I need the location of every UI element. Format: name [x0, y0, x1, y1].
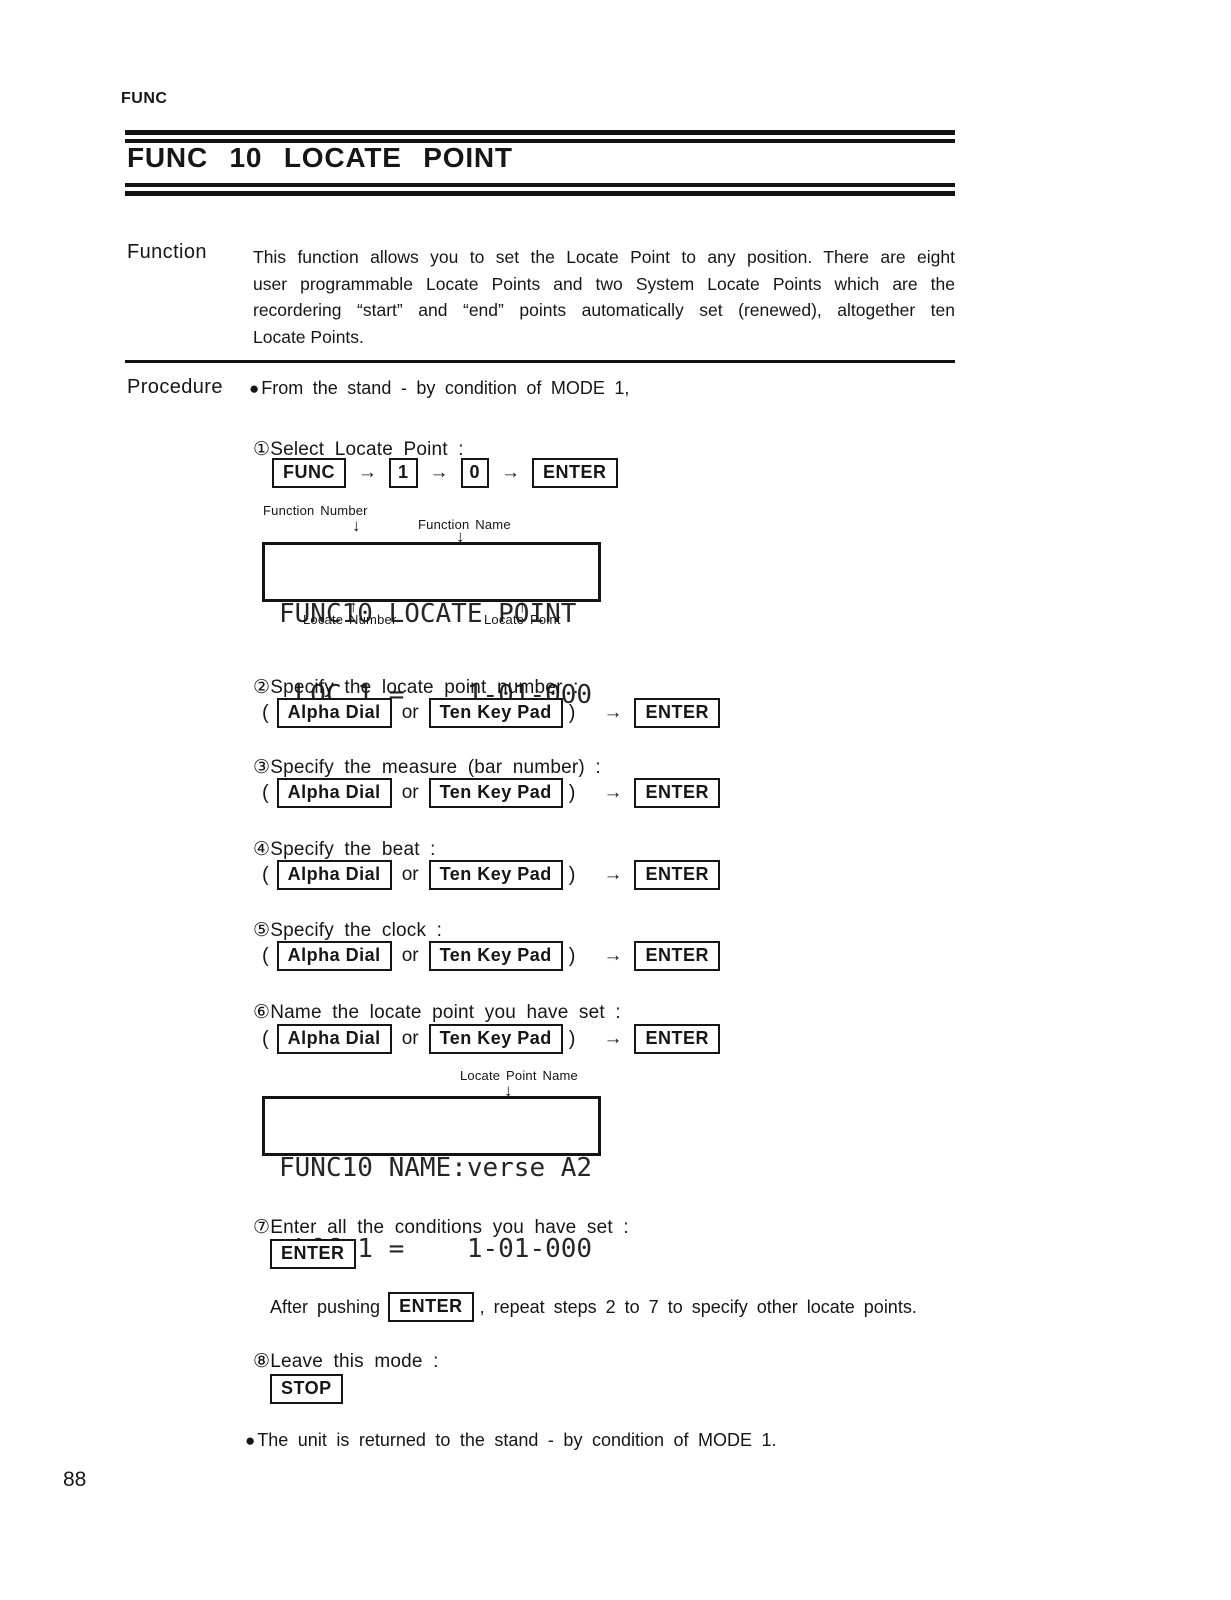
paren-open: (	[262, 945, 269, 968]
step-7-key-sequence: ENTER	[270, 1239, 356, 1269]
step-3-heading: ③Specify the measure (bar number) :	[253, 756, 601, 779]
after-note-prefix: After pushing	[270, 1297, 380, 1318]
or-label: or	[402, 1028, 419, 1050]
callout-locate-point-name: Locate Point Name	[460, 1068, 578, 1083]
description-line: This function allows you to set the Loca…	[253, 244, 955, 271]
after-note: After pushing ENTER , repeat steps 2 to …	[270, 1292, 917, 1322]
or-label: or	[402, 782, 419, 804]
paren-close: )	[569, 1028, 576, 1051]
arrow-right-icon: →	[430, 462, 449, 484]
arrow-down-icon: ↓	[352, 516, 361, 536]
callout-locate-point: Locate Point	[484, 612, 561, 627]
arrow-right-icon: →	[501, 462, 520, 484]
enter-key: ENTER	[634, 941, 720, 971]
enter-key: ENTER	[634, 778, 720, 808]
or-label: or	[402, 864, 419, 886]
manual-page: FUNC FUNC 10 LOCATE POINT Function This …	[0, 0, 1231, 1600]
divider	[125, 183, 955, 187]
step-1-key-sequence: FUNC → 1 → 0 → ENTER	[272, 458, 618, 488]
procedure-outro-text: The unit is returned to the stand - by c…	[257, 1430, 776, 1451]
arrow-right-icon: →	[603, 1028, 622, 1050]
enter-key: ENTER	[532, 458, 618, 488]
lcd-display-locate-point: FUNC10 LOCATE POINT LOC 1 = 1-01-000	[262, 542, 601, 602]
alpha-dial-key: Alpha Dial	[277, 1024, 392, 1054]
paren-close: )	[569, 945, 576, 968]
lcd-display-name: FUNC10 NAME:verse A2 LOC 1 = 1-01-000	[262, 1096, 601, 1156]
callout-locate-number: Locate Number	[303, 612, 396, 627]
step-5-heading: ⑤Specify the clock :	[253, 919, 442, 942]
enter-key: ENTER	[270, 1239, 356, 1269]
function-description: This function allows you to set the Loca…	[253, 244, 955, 350]
bullet-icon: ●	[245, 1431, 255, 1451]
step-6-heading: ⑥Name the locate point you have set :	[253, 1001, 621, 1024]
alpha-dial-key: Alpha Dial	[277, 698, 392, 728]
step-6-key-sequence: ( Alpha Dial or Ten Key Pad ) → ENTER	[262, 1024, 720, 1054]
paren-open: (	[262, 1028, 269, 1051]
description-line: recordering “start” and “end” points aut…	[253, 297, 955, 324]
divider	[125, 191, 955, 196]
alpha-dial-key: Alpha Dial	[277, 941, 392, 971]
arrow-right-icon: →	[603, 702, 622, 724]
or-label: or	[402, 702, 419, 724]
page-number: 88	[63, 1468, 86, 1492]
step-4-key-sequence: ( Alpha Dial or Ten Key Pad ) → ENTER	[262, 860, 720, 890]
page-title: FUNC 10 LOCATE POINT	[127, 142, 513, 174]
step-5-key-sequence: ( Alpha Dial or Ten Key Pad ) → ENTER	[262, 941, 720, 971]
func-key: FUNC	[272, 458, 346, 488]
ten-key-pad-key: Ten Key Pad	[429, 778, 563, 808]
divider	[125, 360, 955, 363]
procedure-intro: ● From the stand - by condition of MODE …	[249, 378, 629, 399]
step-7-heading: ⑦Enter all the conditions you have set :	[253, 1216, 629, 1239]
function-section-label: Function	[127, 241, 207, 264]
paren-close: )	[569, 782, 576, 805]
arrow-right-icon: →	[358, 462, 377, 484]
enter-key: ENTER	[634, 1024, 720, 1054]
alpha-dial-key: Alpha Dial	[277, 778, 392, 808]
paren-close: )	[569, 864, 576, 887]
step-2-heading: ②Specify the locate point number :	[253, 676, 579, 699]
key-0: 0	[461, 458, 490, 488]
paren-open: (	[262, 864, 269, 887]
arrow-right-icon: →	[603, 782, 622, 804]
ten-key-pad-key: Ten Key Pad	[429, 941, 563, 971]
ten-key-pad-key: Ten Key Pad	[429, 1024, 563, 1054]
bullet-icon: ●	[249, 379, 259, 399]
page-corner-label: FUNC	[121, 90, 167, 108]
procedure-outro: ● The unit is returned to the stand - by…	[245, 1430, 777, 1451]
ten-key-pad-key: Ten Key Pad	[429, 698, 563, 728]
arrow-right-icon: →	[603, 864, 622, 886]
description-line: Locate Points.	[253, 324, 955, 351]
key-1: 1	[389, 458, 418, 488]
step-8-key-sequence: STOP	[270, 1374, 343, 1404]
arrow-right-icon: →	[603, 945, 622, 967]
paren-open: (	[262, 782, 269, 805]
enter-key: ENTER	[388, 1292, 474, 1322]
step-3-key-sequence: ( Alpha Dial or Ten Key Pad ) → ENTER	[262, 778, 720, 808]
enter-key: ENTER	[634, 698, 720, 728]
or-label: or	[402, 945, 419, 967]
paren-close: )	[569, 702, 576, 725]
step-4-heading: ④Specify the beat :	[253, 838, 436, 861]
lcd-line-1: FUNC10 NAME:verse A2	[279, 1155, 598, 1182]
stop-key: STOP	[270, 1374, 343, 1404]
enter-key: ENTER	[634, 860, 720, 890]
step-2-key-sequence: ( Alpha Dial or Ten Key Pad ) → ENTER	[262, 698, 720, 728]
step-8-heading: ⑧Leave this mode :	[253, 1350, 439, 1373]
after-note-suffix: , repeat steps 2 to 7 to specify other l…	[480, 1297, 917, 1318]
description-line: user programmable Locate Points and two …	[253, 271, 955, 298]
alpha-dial-key: Alpha Dial	[277, 860, 392, 890]
procedure-intro-text: From the stand - by condition of MODE 1,	[261, 378, 629, 399]
divider	[125, 130, 955, 135]
ten-key-pad-key: Ten Key Pad	[429, 860, 563, 890]
procedure-section-label: Procedure	[127, 376, 223, 399]
paren-open: (	[262, 702, 269, 725]
